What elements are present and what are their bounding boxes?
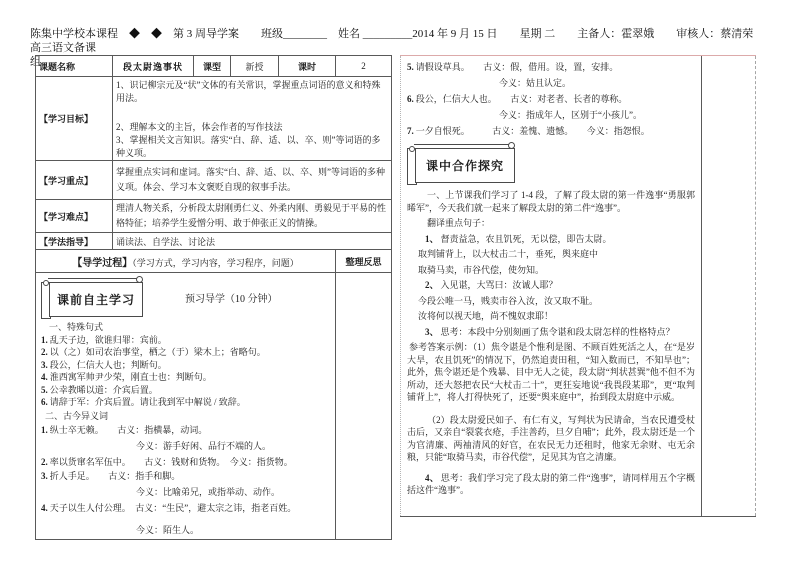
paragraph: （2）段太尉爱民如子、有仁有义，写判状为民请命，当农民遭受杖击后，又亲自“裂裳衣… xyxy=(407,414,695,464)
paragraph: 取骑马卖，市谷代偿，使勿知。 xyxy=(407,264,695,277)
paragraph: 翻译重点句子： xyxy=(407,217,695,230)
pre-study-banner-label: 课前自主学习 xyxy=(49,282,143,317)
section-title: 一、特殊句式 xyxy=(41,321,330,334)
table-row: 【学法指导】 诵读法、自学法、讨论法 xyxy=(36,233,392,250)
table-row: 【学习重点】 掌握重点实词和虚词。落实“白、辞、适、以、卒、则”等词语的多种义项… xyxy=(36,161,392,200)
list-item-continuation: 今义：姑且认定。 xyxy=(407,75,695,91)
list-item: 6.请辞于军：介宾后置。请让我到军中解说 / 致辞。 xyxy=(41,396,330,409)
paragraph: 取判铺背上，以大杖击二十，垂死，舆来庭中 xyxy=(407,248,695,261)
worksheet-page: 陈集中学校本课程 ◆ ◆ 第 3 周导学案 班级________ 姓名 ____… xyxy=(0,0,800,565)
header-line1: 陈集中学校本课程 ◆ ◆ 第 3 周导学案 班级________ 姓名 ____… xyxy=(30,28,775,54)
goal-item: 2、理解本文的主旨，体会作者的写作技法 xyxy=(116,120,388,133)
paragraph: 4、思考：我们学习完了段太尉的第二件“逸事”，请同样用五个字概括这件“逸事”。 xyxy=(407,472,695,497)
in-class-banner-label: 课中合作探究 xyxy=(415,148,515,183)
list-item: 1.纵士卒无赖。 古义：指横暴，动词。 xyxy=(41,423,330,437)
right-reflect-cell-empty xyxy=(702,56,756,516)
scroll-top-line xyxy=(48,278,140,279)
difficulty-text: 理清人物关系，分析段太尉刚勇仁义、外柔内刚、勇毅见于平易的性格特征；培养学生爱憎… xyxy=(113,200,392,233)
paragraph: 2、入见谌，大骂曰：汝诚人耶？ xyxy=(407,279,695,292)
goal-item: 3、掌握相关文言知识。落实“白、辞、适、以、卒、则”等词语的多种义项。 xyxy=(116,133,388,159)
scroll-banner: 课前自主学习 xyxy=(41,277,143,317)
method-text: 诵读法、自学法、讨论法 xyxy=(113,233,392,250)
list-item: 1.乱天子边，欲谁归罪：宾前。 xyxy=(41,334,330,347)
list-item: 5.公幸教晞以道：介宾后置。 xyxy=(41,384,330,397)
paragraph: 一、上节课我们学习了 1-4 段，了解了段太尉的第一件逸事“勇服郭晞军”，今天我… xyxy=(407,189,695,214)
course-type-label: 课型 xyxy=(194,56,231,77)
paragraph: 1、督责益急，农且饥死，无以偿，即告太尉。 xyxy=(407,233,695,246)
list-item: 4.天子以生人付公理。 古义：“生民”，避太宗之讳，指老百姓。 xyxy=(41,501,330,515)
method-label: 【学法指导】 xyxy=(36,233,113,250)
key-point-text: 掌握重点实词和虚词。落实“白、辞、适、以、卒、则”等词语的多种义项。体会、学习本… xyxy=(113,161,392,200)
table-row: 【导学过程】（学习方式，学习内容，学习程序，问题） 整理反思 xyxy=(36,250,392,273)
process-note: （学习方式，学习内容，学习程序，问题） xyxy=(132,258,299,268)
paragraph: 汝将何以视天地，尚不愧奴隶耶！ xyxy=(407,310,695,323)
right-column-table: 5.请假设草具。 古义：假，借用。设，置，安排。 今义：姑且认定。 6.段公，仁… xyxy=(400,55,756,517)
difficulty-label: 【学习难点】 xyxy=(36,200,113,233)
reflect-label: 整理反思 xyxy=(336,250,392,273)
lesson-title: 段太尉逸事状 xyxy=(113,56,194,77)
table-row: 课题名称 段太尉逸事状 课型 新授 课时 2 xyxy=(36,56,392,77)
list-item: 6.段公，仁信大人也。 古义：对老者、长者的尊称。 xyxy=(407,91,695,107)
left-body-cell: 课前自主学习 预习导学（10 分钟） 一、特殊句式 1.乱天子边，欲谁归罪：宾前… xyxy=(36,273,336,540)
list-item-continuation: 今义：游手好闲、品行不端的人。 xyxy=(41,439,330,453)
list-item: 4.淮西寓军帅尹少荣，刚直士也：判断句。 xyxy=(41,371,330,384)
process-label: 【导学过程】 xyxy=(72,258,132,269)
topic-label: 课题名称 xyxy=(36,56,113,77)
preview-guide-label: 预习导学（10 分钟） xyxy=(185,290,278,305)
list-item: 2.以（之）如司农治事堂，栖之（于）梁木上；省略句。 xyxy=(41,346,330,359)
period-value: 2 xyxy=(336,56,392,77)
list-item-continuation: 今义：指成年人，区别于“小孩儿”。 xyxy=(407,107,695,123)
goal-cell: 1、识记柳宗元及“状”文体的有关常识，掌握重点词语的意义和特殊用法。 2、理解本… xyxy=(113,77,392,161)
paragraph: 参考答案示例：（1）焦令谌是个惟利是图、不顾百姓死活之人，在“是岁大旱，农且饥死… xyxy=(407,341,695,404)
scroll-banner: 课中合作探究 xyxy=(407,143,515,183)
list-item-continuation: 今义：比喻弟兄，或指举动、动作。 xyxy=(41,485,330,499)
in-class-banner-row: 课中合作探究 xyxy=(407,143,695,183)
list-item: 5.请假设草具。 古义：假，借用。设，置，安排。 xyxy=(407,59,695,75)
table-row: 【学习目标】 1、识记柳宗元及“状”文体的有关常识，掌握重点词语的意义和特殊用法… xyxy=(36,77,392,161)
section-title: 二、古今异义词 xyxy=(41,409,330,423)
list-item: 2.率以货窜名军伍中。 古义：钱财和货物。 今义：指货物。 xyxy=(41,455,330,469)
table-row: 课前自主学习 预习导学（10 分钟） 一、特殊句式 1.乱天子边，欲谁归罪：宾前… xyxy=(36,273,392,540)
list-item: 3.段公，仁信大人也；判断句。 xyxy=(41,359,330,372)
course-type-value: 新授 xyxy=(231,56,279,77)
scroll-top-line xyxy=(414,144,512,145)
right-content-cell: 5.请假设草具。 古义：假，借用。设，置，安排。 今义：姑且认定。 6.段公，仁… xyxy=(400,56,702,516)
left-lesson-table: 课题名称 段太尉逸事状 课型 新授 课时 2 【学习目标】 1、识记柳宗元及“状… xyxy=(35,55,392,540)
reflect-cell-empty xyxy=(336,273,392,540)
paragraph: 今段公唯一马，贱卖市谷入汝，汝又取不耻。 xyxy=(407,295,695,308)
list-item: 3.折人手足。 古义：指手和脚。 xyxy=(41,469,330,483)
key-point-label: 【学习重点】 xyxy=(36,161,113,200)
pre-study-row: 课前自主学习 预习导学（10 分钟） xyxy=(41,277,330,317)
left-body-content: 课前自主学习 预习导学（10 分钟） 一、特殊句式 1.乱天子边，欲谁归罪：宾前… xyxy=(39,274,332,536)
process-header: 【导学过程】（学习方式，学习内容，学习程序，问题） xyxy=(36,250,336,273)
paragraph: 3、思考：本段中分别刻画了焦令谌和段太尉怎样的性格特点？ xyxy=(407,326,695,339)
goal-label: 【学习目标】 xyxy=(36,77,113,161)
goal-item: 1、识记柳宗元及“状”文体的有关常识，掌握重点词语的意义和特殊用法。 xyxy=(116,78,388,104)
table-row: 【学习难点】 理清人物关系，分析段太尉刚勇仁义、外柔内刚、勇毅见于平易的性格特征… xyxy=(36,200,392,233)
list-item: 7.一夕自恨死。 古义：羞愧、遗憾。 今义：指怨恨。 xyxy=(407,123,695,139)
list-item-continuation: 今义：陌生人。 xyxy=(41,523,330,537)
period-label: 课时 xyxy=(279,56,336,77)
